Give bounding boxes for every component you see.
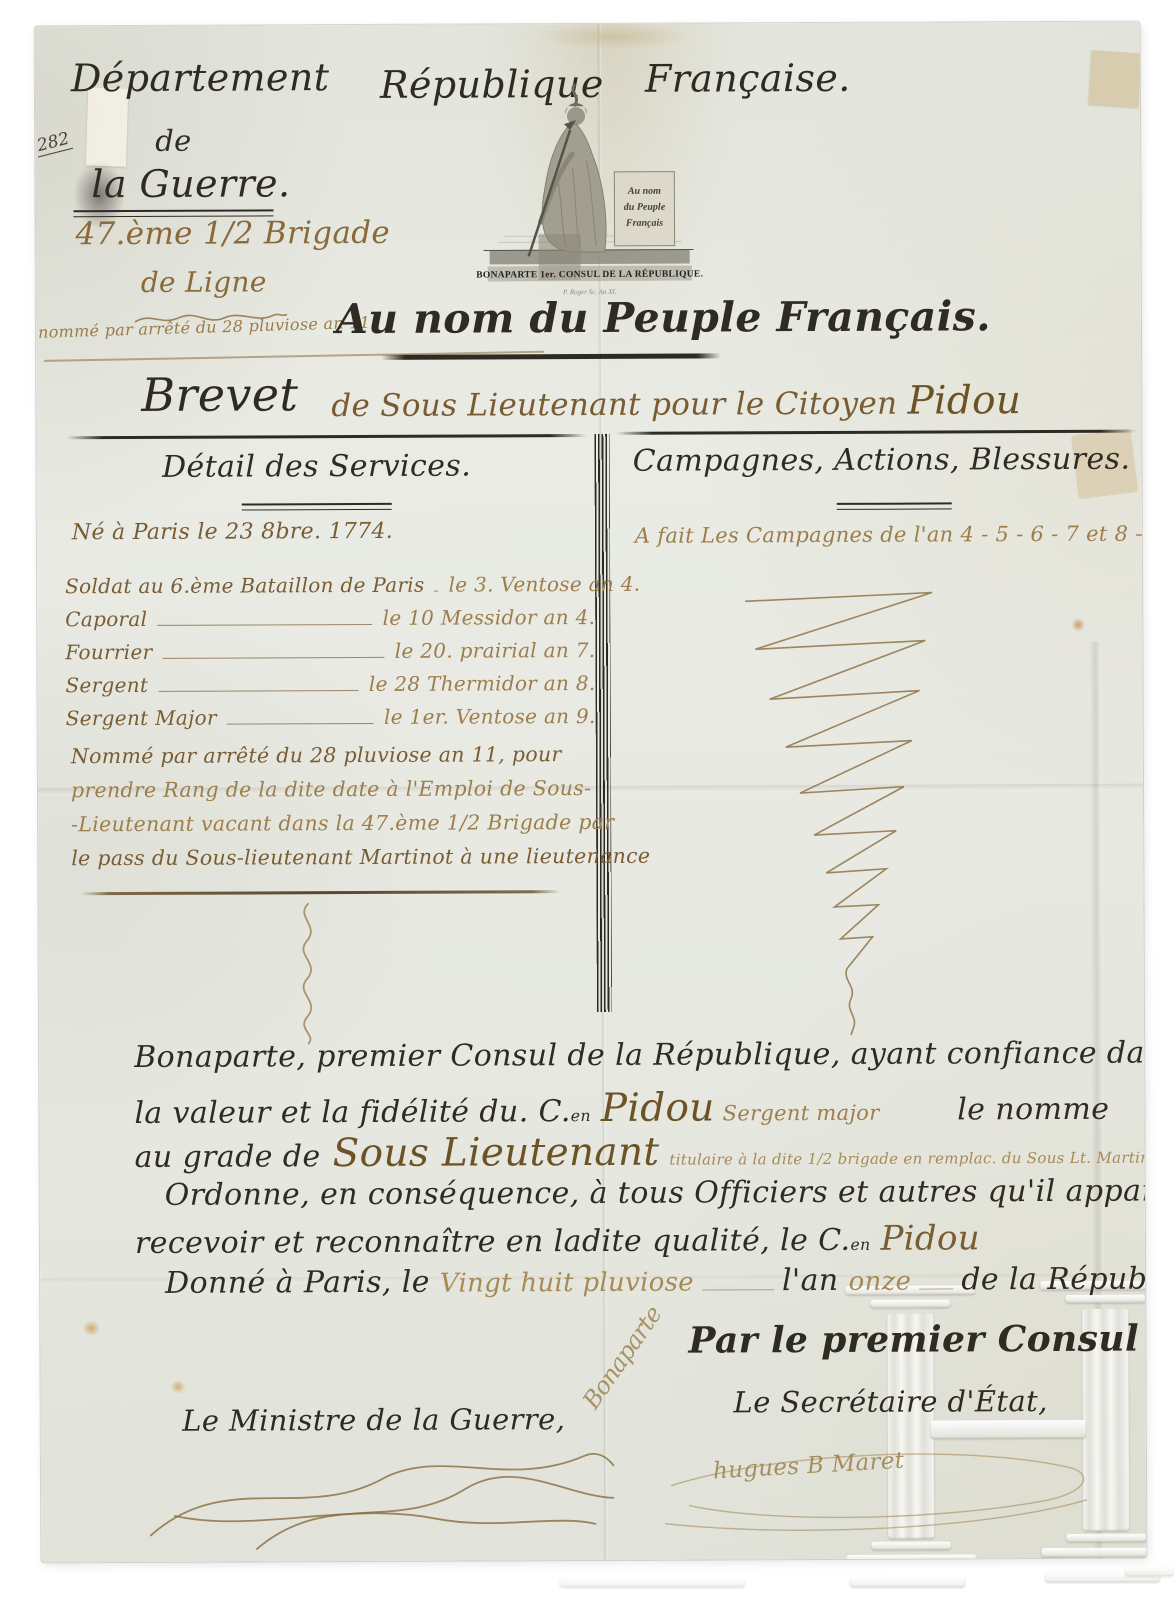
au-nom-title: Au nom du Peuple Français.	[336, 293, 896, 343]
date-soldat: le 3. Ventose an 4.	[448, 572, 640, 597]
emboss-crossbar	[931, 1420, 1086, 1439]
column-divider	[594, 434, 612, 1012]
foxing-spot-1	[82, 1320, 100, 1336]
table-row: Sergent Major le 1er. Ventose an 9.	[66, 704, 596, 739]
date-sergent: le 28 Thermidor an 8.	[369, 671, 596, 696]
helmet-plume	[573, 84, 577, 106]
table-row: Caporal le 10 Messidor an 4.	[65, 605, 595, 640]
rust-spot-right	[1071, 618, 1085, 632]
body-line5-sup: en	[850, 1236, 870, 1254]
department-title-line2: de	[155, 124, 192, 158]
body-line2-printed: la valeur et la fidélité du. C.	[134, 1094, 571, 1131]
row-fill-line	[158, 690, 359, 692]
right-void-zigzag	[727, 570, 954, 1036]
secretaire-detat-label: Le Secrétaire d'État,	[701, 1384, 1081, 1420]
berthier-signature-scrawl	[136, 1436, 627, 1563]
registry-number: 282	[35, 128, 74, 157]
body-line2-rank: Sergent major	[723, 1101, 880, 1126]
rank-caporal: Caporal	[65, 607, 147, 631]
left-column-close-rule	[80, 890, 560, 895]
body-line6-printed-b: l'an	[782, 1263, 839, 1298]
bonaparte-signature: Bonaparte	[577, 1301, 667, 1414]
body-line6-printed-c: de la République.	[961, 1261, 1146, 1297]
margin-nomination-note: nommé par arrêté du 28 pluviose an 11.	[38, 313, 376, 342]
body-line5: recevoir et reconnaître en ladite qualit…	[135, 1218, 980, 1262]
rank-sergent: Sergent	[65, 673, 148, 697]
row-fill-line	[435, 591, 439, 592]
right-column-top-rule	[616, 430, 1136, 435]
emboss-outer-bar-3	[560, 1578, 745, 1587]
nomination-note-line4: le pass du Sous-lieutenant Martinot à un…	[71, 844, 650, 871]
left-void-squiggle	[290, 901, 325, 1046]
nomination-note-line3: -Lieutenant vacant dans la 47.ème 1/2 Br…	[71, 810, 614, 836]
body-line2-name: Pidou	[601, 1085, 715, 1130]
body-line2-lenomme: le nomme	[957, 1092, 1109, 1128]
emboss-pillar-left-capital-2	[870, 1299, 950, 1307]
rank-fourrier: Fourrier	[65, 640, 152, 664]
unit-designation-line1: 47.ème 1/2 Brigade	[75, 215, 390, 252]
body-line3-grade: Sous Lieutenant	[333, 1130, 660, 1176]
par-le-premier-consul-label: Par le premier Consul :	[688, 1317, 1146, 1361]
svg-text:du Peuple: du Peuple	[624, 202, 666, 213]
top-edge-stain	[540, 24, 690, 51]
birth-line: Né à Paris le 23 8bre. 1774.	[72, 519, 393, 545]
campaigns-line: A fait Les Campagnes de l'an 4 - 5 - 6 -…	[635, 522, 1147, 548]
date-fourrier: le 20. prairial an 7.	[395, 638, 596, 663]
rank-soldat: Soldat au 6.ème Bataillon de Paris	[65, 573, 425, 599]
row-fill-line	[227, 723, 374, 725]
body-line6-date: Vingt huit pluviose	[440, 1268, 694, 1299]
department-title-line3: la Guerre.	[91, 161, 290, 206]
table-row: Fourrier le 20. prairial an 7.	[65, 638, 595, 673]
document-paper: 282 Département de la Guerre. République…	[35, 22, 1147, 1563]
brevet-subject-name: Pidou	[907, 378, 1021, 423]
body-line3: au grade de Sous Lieutenant titulaire à …	[134, 1127, 1146, 1176]
au-nom-rule	[381, 353, 721, 359]
body-line6-year: onze	[849, 1267, 912, 1297]
brevet-word: Brevet	[141, 367, 298, 422]
body-line4: Ordonne, en conséquence, à tous Officier…	[165, 1172, 1147, 1212]
svg-text:Au nom: Au nom	[627, 186, 661, 197]
service-rows: Soldat au 6.ème Bataillon de Paris le 3.…	[65, 572, 596, 739]
body-line6: Donné à Paris, le Vingt huit pluviose l'…	[165, 1261, 1146, 1301]
rank-sergent-major: Sergent Major	[66, 706, 217, 731]
body-line2-sup: en	[571, 1107, 591, 1125]
brevet-subject-line: de Sous Lieutenant pour le Citoyen Pidou	[331, 378, 1021, 426]
department-title-line1: Département	[71, 55, 330, 100]
emboss-pillar-left-base-2	[846, 1554, 976, 1562]
row-fill-line	[162, 657, 384, 659]
date-sergent-major: le 1er. Ventose an 9.	[384, 704, 596, 729]
date-fill-line	[702, 1268, 774, 1291]
campaigns-header: Campagnes, Actions, Blessures.	[621, 442, 1141, 479]
body-line6-printed-a: Donné à Paris, le	[165, 1265, 430, 1301]
ministre-guerre-label: Le Ministre de la Guerre,	[149, 1402, 599, 1438]
unit-designation-line2: de Ligne	[141, 265, 267, 299]
table-row: Soldat au 6.ème Bataillon de Paris le 3.…	[65, 572, 595, 607]
body-line5-printed: recevoir et reconnaître en ladite qualit…	[135, 1223, 851, 1261]
emboss-outer-bar-1	[850, 1577, 965, 1587]
nomination-note-line1: Nommé par arrêté du 28 pluviose an 11, p…	[71, 742, 562, 768]
emboss-outer-bar-4	[1125, 1566, 1174, 1576]
foxing-spot-2	[171, 1380, 186, 1394]
nomination-note-line2: prendre Rang de la dite date à l'Emploi …	[71, 776, 591, 802]
row-fill-line	[157, 624, 372, 626]
services-header: Détail des Services.	[152, 448, 482, 484]
republic-allegory-engraving: Au nom du Peuple Français BONAPARTE 1er.…	[467, 53, 708, 306]
left-column-top-rule	[66, 434, 586, 439]
table-row: Sergent le 28 Thermidor an 8.	[65, 671, 595, 706]
body-line5-name: Pidou	[880, 1218, 980, 1258]
body-line2: la valeur et la fidélité du. C.en Pidou …	[134, 1084, 1109, 1133]
brevet-subject-text: de Sous Lieutenant pour le Citoyen	[331, 386, 897, 424]
engraving-caption: BONAPARTE 1er. CONSUL DE LA RÉPUBLIQUE.	[476, 268, 703, 281]
services-header-rule	[242, 503, 392, 511]
campaigns-header-rule	[837, 502, 952, 510]
date-caporal: le 10 Messidor an 4.	[383, 605, 596, 630]
body-line3-note: titulaire à la dite 1/2 brigade en rempl…	[669, 1148, 1146, 1168]
svg-text:Français: Français	[625, 218, 663, 229]
year-fill-line	[919, 1267, 953, 1290]
tape-remnant-top-right	[1088, 50, 1141, 107]
body-line1: Bonaparte, premier Consul de la Républiq…	[134, 1035, 1146, 1075]
body-line3-printed: au grade de	[135, 1139, 321, 1175]
emboss-pillar-right-base-2	[1041, 1547, 1146, 1557]
photo-background: 282 Département de la Guerre. République…	[0, 0, 1174, 1600]
